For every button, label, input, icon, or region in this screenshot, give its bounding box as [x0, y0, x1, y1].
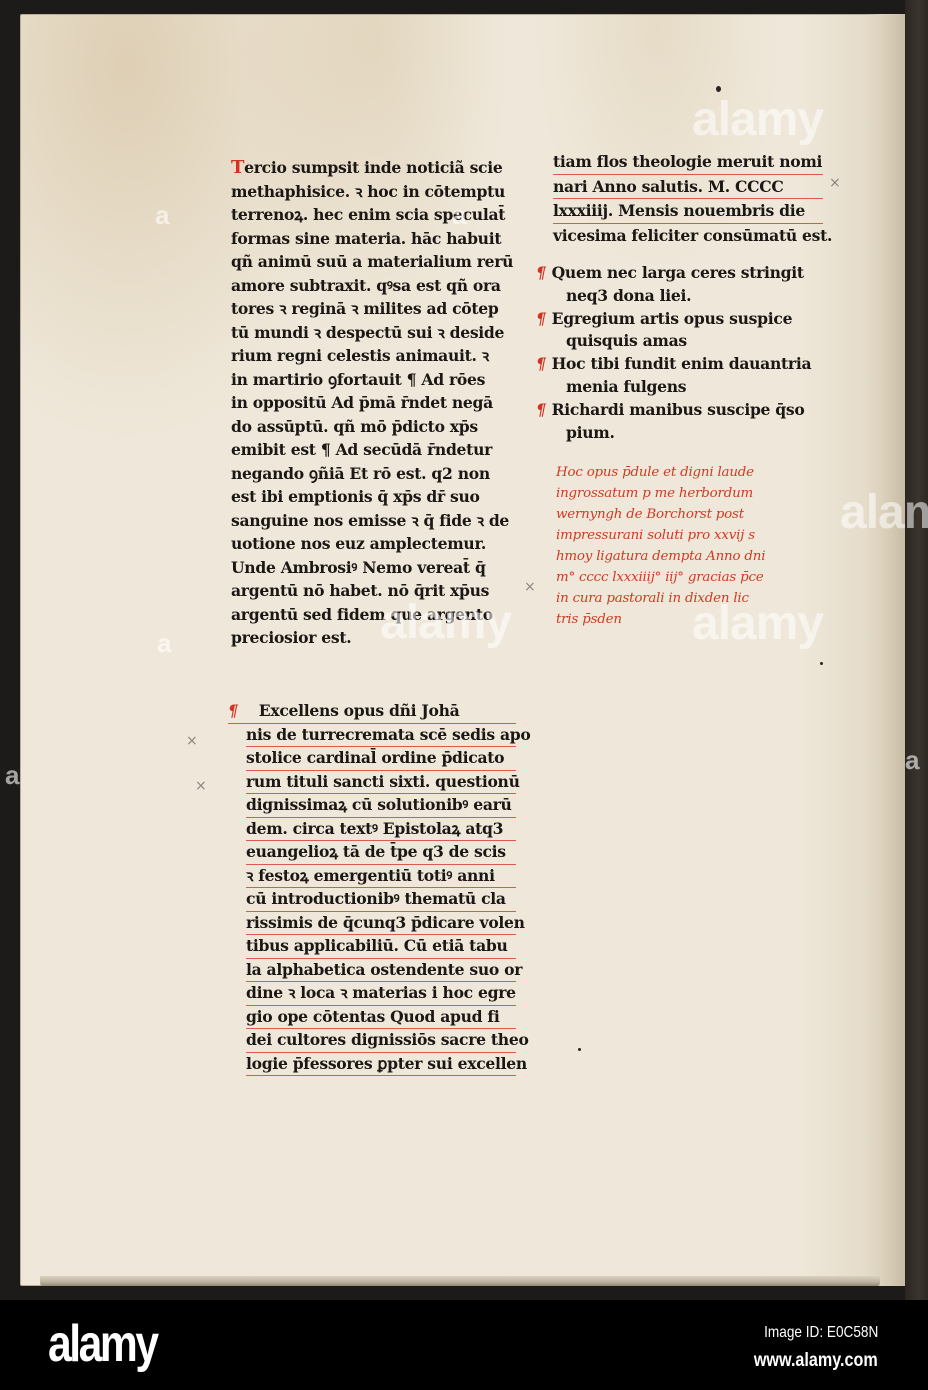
- paragraph-mark-icon: ¶: [536, 400, 546, 419]
- text-line: uotione nos euz amplectemur.: [231, 532, 511, 556]
- text-line: do assūptū. qñ mō p̄dicto xp̄s: [231, 415, 511, 439]
- watermark-mark: a: [905, 745, 918, 776]
- footer-logo: alamy: [48, 1318, 157, 1370]
- text-line: methaphisice. ꝛ hoc in cōtemptu: [231, 180, 511, 204]
- verse-line: menia fulgens: [536, 376, 826, 399]
- text-line: dine ꝛ loca ꝛ materias i hoc egre: [246, 982, 516, 1006]
- text-line: terrenoꝝ. hec enim scia speculat̄: [231, 203, 511, 227]
- paragraph-mark-icon: ¶: [536, 263, 546, 282]
- x-mark-icon: ×: [195, 779, 207, 793]
- text-line: nis de turrecremata scē sedis apo: [246, 724, 516, 748]
- text-line: rissimis de q̄cunq3 p̄dicare volen: [246, 912, 516, 936]
- note-line: impressurani soluti pro xxvij s: [556, 525, 826, 546]
- watermark-mark: a: [5, 760, 18, 791]
- verse-line: ¶Richardi manibus suscipe q̄so: [536, 399, 826, 422]
- text-line: rium regni celestis animauit. ꝛ: [231, 344, 511, 368]
- colophon-text: tiam flos theologie meruit nomi nari Ann…: [553, 150, 823, 247]
- note-line: wernyngh de Borchorst post: [556, 504, 826, 525]
- page-fold-edge: [865, 14, 905, 1286]
- text-line: cū introductionibꝰ thematū cla: [246, 888, 516, 912]
- text-line: Unde Ambrosiꝰ Nemo vereat̄ q̄: [231, 556, 511, 580]
- text-line: negando ꝯñiā Et rō est. q2 non: [231, 462, 511, 486]
- text-line: vicesima feliciter consūmatū est.: [553, 224, 823, 248]
- text-line: lxxxiiij. Mensis nouembris die: [553, 199, 823, 224]
- text-line: euangelioꝝ tā de t̄pe q3 de scis: [246, 841, 516, 865]
- text-line: rum tituli sancti sixti. questionū: [246, 771, 516, 795]
- text-line: tibus applicabiliū. Cū etiā tabu: [246, 935, 516, 959]
- paragraph-mark-icon: ¶: [536, 309, 546, 328]
- verse-text: ¶Quem nec larga ceres stringit neq3 dona…: [536, 262, 826, 444]
- text-line: sanguine nos emisse ꝛ q̄ fide ꝛ de: [231, 509, 511, 533]
- x-mark-icon: ×: [829, 176, 841, 190]
- x-mark-icon: ×: [524, 580, 536, 594]
- image-id-label: Image ID: E0C58N: [764, 1324, 878, 1342]
- watermark-logo: alamy: [692, 92, 823, 147]
- verse-line: ¶Hoc tibi fundit enim dauantria: [536, 353, 826, 376]
- text-line: ¶ Excellens opus dñi Johā: [228, 700, 516, 724]
- text-line: in martirio ꝯfortauit ¶ Ad rōes: [231, 368, 511, 392]
- watermark-logo: alamy: [692, 596, 823, 651]
- ink-dot: [578, 1048, 581, 1051]
- text-line: dei cultores dignissiōs sacre theo: [246, 1029, 516, 1053]
- left-column-top-text: Tercio sumpsit inde noticiã scie methaph…: [231, 156, 511, 650]
- text-line: logie p̄fessores ꝑpter sui excellen: [246, 1053, 516, 1077]
- footer-bar: alamy Image ID: E0C58N www.alamy.com: [0, 1300, 928, 1390]
- text-line: emibit est ¶ Ad secūdā r̄ndetur: [231, 438, 511, 462]
- verse-line: quisquis amas: [536, 330, 826, 353]
- text-line: tores ꝛ reginā ꝛ milites ad cōtep: [231, 297, 511, 321]
- text-line: tiam flos theologie meruit nomi: [553, 150, 823, 175]
- text-line: dignissimaꝝ cū solutionibꝰ earū: [246, 794, 516, 818]
- text-line: est ibi emptionis q̄ xp̄s dr̄ suo: [231, 485, 511, 509]
- text-line: nari Anno salutis. M. CCCC: [553, 175, 823, 200]
- text-line: dem. circa textꝰ Epistolaꝝ atq3: [246, 818, 516, 842]
- text-line: qñ animū suū a materialium rerū: [231, 250, 511, 274]
- text-line: tū mundi ꝛ despectū sui ꝛ deside: [231, 321, 511, 345]
- text-line: formas sine materia. hāc habuit: [231, 227, 511, 251]
- note-line: Hoc opus p̄dule et digni laude: [556, 462, 826, 483]
- text-line: Tercio sumpsit inde noticiã scie: [231, 156, 511, 180]
- watermark-logo: alamy: [840, 485, 928, 540]
- ink-dot: [820, 662, 823, 665]
- verse-line: ¶Egregium artis opus suspice: [536, 308, 826, 331]
- verse-line: pium.: [536, 422, 826, 445]
- text-line: in oppositū Ad p̄mā r̄ndet negā: [231, 391, 511, 415]
- paragraph-mark-icon: ¶: [228, 701, 238, 720]
- watermark-logo: alamy: [380, 595, 511, 650]
- text-line: stolice cardinal̄ ordine p̄dicato: [246, 747, 516, 771]
- watermark-mark: a: [452, 200, 465, 231]
- note-line: ingrossatum p me herbordum: [556, 483, 826, 504]
- text-line: ꝛ festoꝝ emergentiū totiꝰ anni: [246, 865, 516, 889]
- verse-line: neq3 dona liei.: [536, 285, 826, 308]
- text-line: amore subtraxit. qꝰsa est qñ ora: [231, 274, 511, 298]
- text-line: gio ope cōtentas Quod apud fi: [246, 1006, 516, 1030]
- verse-line: ¶Quem nec larga ceres stringit: [536, 262, 826, 285]
- text-line: la alphabetica ostendente suo or: [246, 959, 516, 983]
- left-column-bottom-text: ¶ Excellens opus dñi Johā nis de turrecr…: [246, 700, 516, 1076]
- paragraph-mark-icon: ¶: [536, 354, 546, 373]
- note-line: hmoy ligatura dempta Anno dni: [556, 546, 826, 567]
- x-mark-icon: ×: [186, 734, 198, 748]
- binding-board: [905, 0, 928, 1300]
- website-link[interactable]: www.alamy.com: [754, 1350, 878, 1372]
- page-bottom-edge: [40, 1276, 880, 1286]
- watermark-mark: a: [157, 628, 170, 659]
- note-line: m° cccc lxxxiiij° iij° gracias p̄ce: [556, 567, 826, 588]
- watermark-mark: a: [155, 200, 168, 231]
